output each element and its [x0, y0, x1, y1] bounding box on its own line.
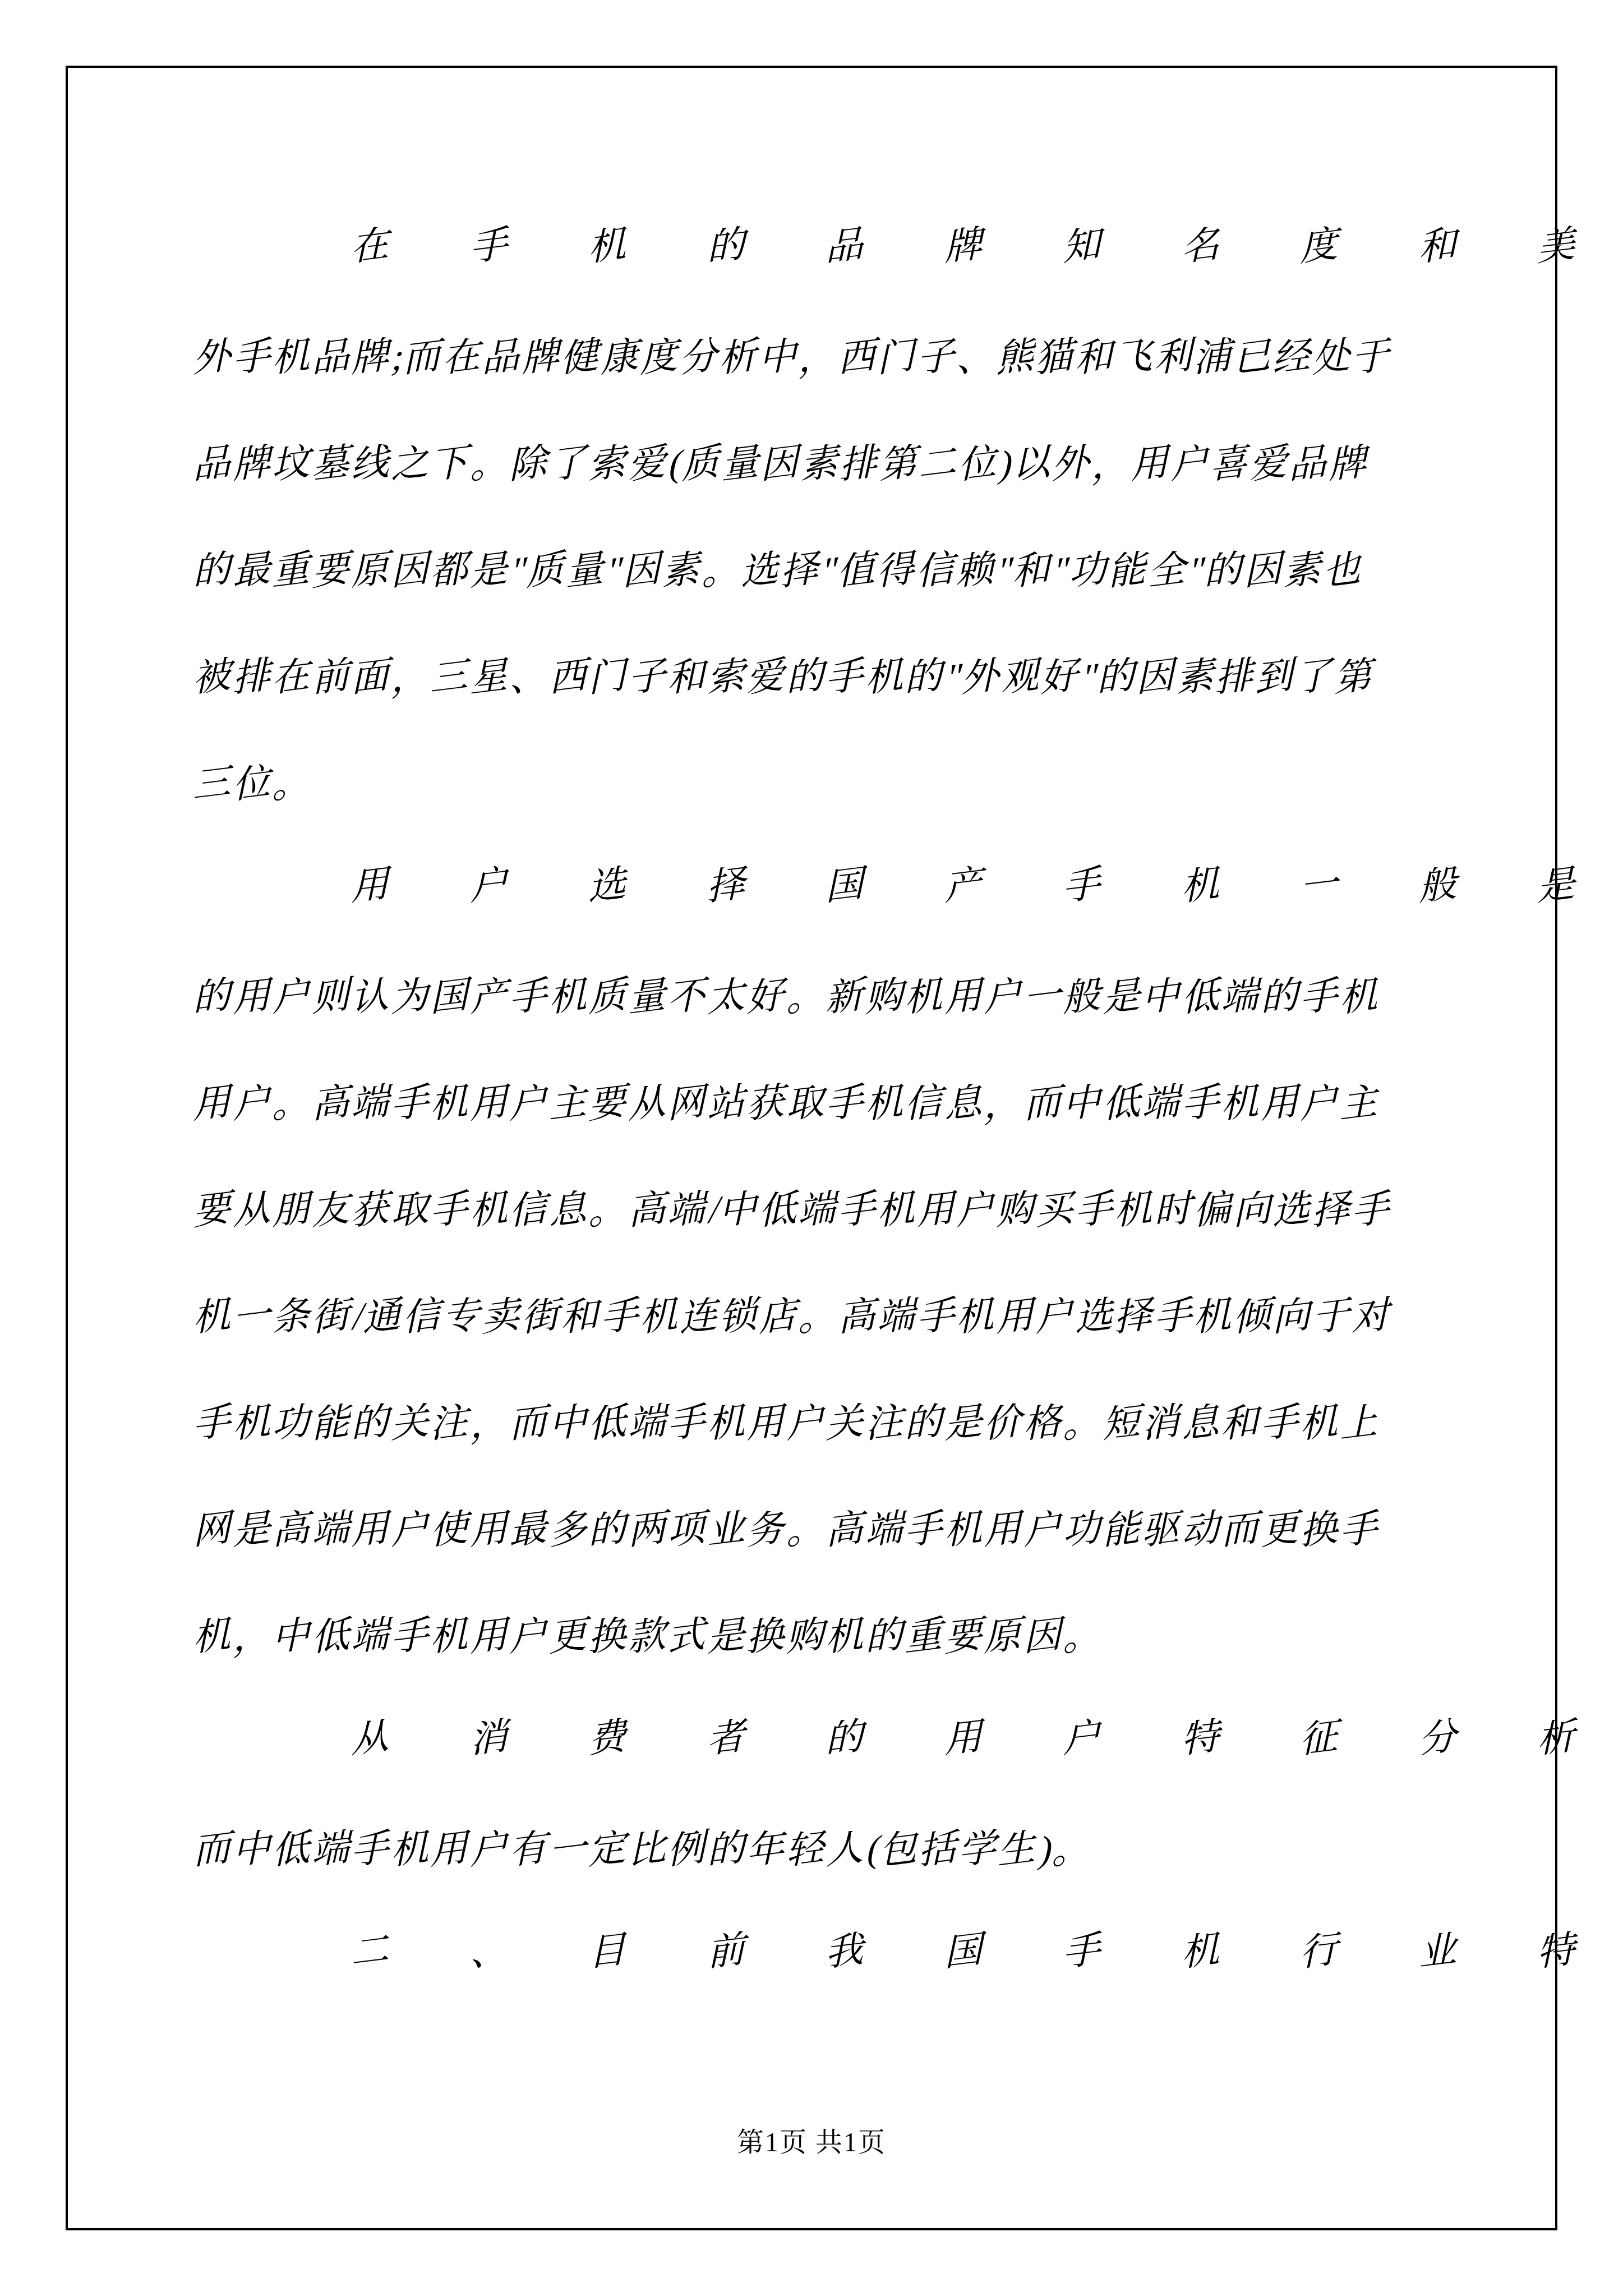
text-line: 的用户则认为国产手机质量不太好。新购机用户一般是中低端的手机: [196, 943, 1432, 1050]
text-line: 用户。高端手机用户主要从网站获取手机信息，而中低端手机用户主: [196, 1050, 1432, 1156]
text-line: 外手机品牌;而在品牌健康度分析中，西门子、熊猫和飞利浦已经处于: [196, 303, 1432, 410]
text-line: 品牌坟墓线之下。除了索爱(质量因素排第二位)以外，用户喜爱品牌: [196, 410, 1432, 517]
page-number-label: 第1页 共1页: [737, 2128, 886, 2157]
text-line: 二、目前我国手机行业特征:: [196, 1902, 1432, 2009]
text-line: 机一条街/通信专卖街和手机连锁店。高端手机用户选择手机倾向于对: [196, 1263, 1432, 1369]
text-line: 被排在前面，三星、西门子和索爱的手机的"外观好"的因素排到了第: [196, 623, 1432, 730]
text-line: 手机功能的关注，而中低端手机用户关注的是价格。短消息和手机上: [196, 1369, 1432, 1476]
document-page: 在手机的品牌知名度和美誉度的分析中，国产手机明显落后与国 外手机品牌;而在品牌健…: [0, 0, 1623, 2296]
text-line: 三位。: [196, 730, 1432, 836]
text-line: 在手机的品牌知名度和美誉度的分析中，国产手机明显落后与国: [196, 197, 1432, 303]
text-line: 机，中低端手机用户更换款式是换购机的重要原因。: [196, 1582, 1432, 1689]
text-line: 网是高端用户使用最多的两项业务。高端手机用户功能驱动而更换手: [196, 1476, 1432, 1582]
page-footer: 第1页 共1页: [0, 2125, 1623, 2161]
document-body: 在手机的品牌知名度和美誉度的分析中，国产手机明显落后与国 外手机品牌;而在品牌健…: [196, 197, 1432, 2009]
text-line: 从消费者的用户特征分析中表明，高端手机用户一般为商务人士，: [196, 1689, 1432, 1796]
text-line: 用户选择国产手机一般是因为其价格低廉 ，而反对选择国产手机: [196, 836, 1432, 943]
text-line: 的最重要原因都是"质量"因素。选择"值得信赖"和"功能全"的因素也: [196, 517, 1432, 623]
text-line: 而中低端手机用户有一定比例的年轻人(包括学生)。: [196, 1796, 1432, 1902]
text-line: 要从朋友获取手机信息。高端/中低端手机用户购买手机时偏向选择手: [196, 1156, 1432, 1263]
